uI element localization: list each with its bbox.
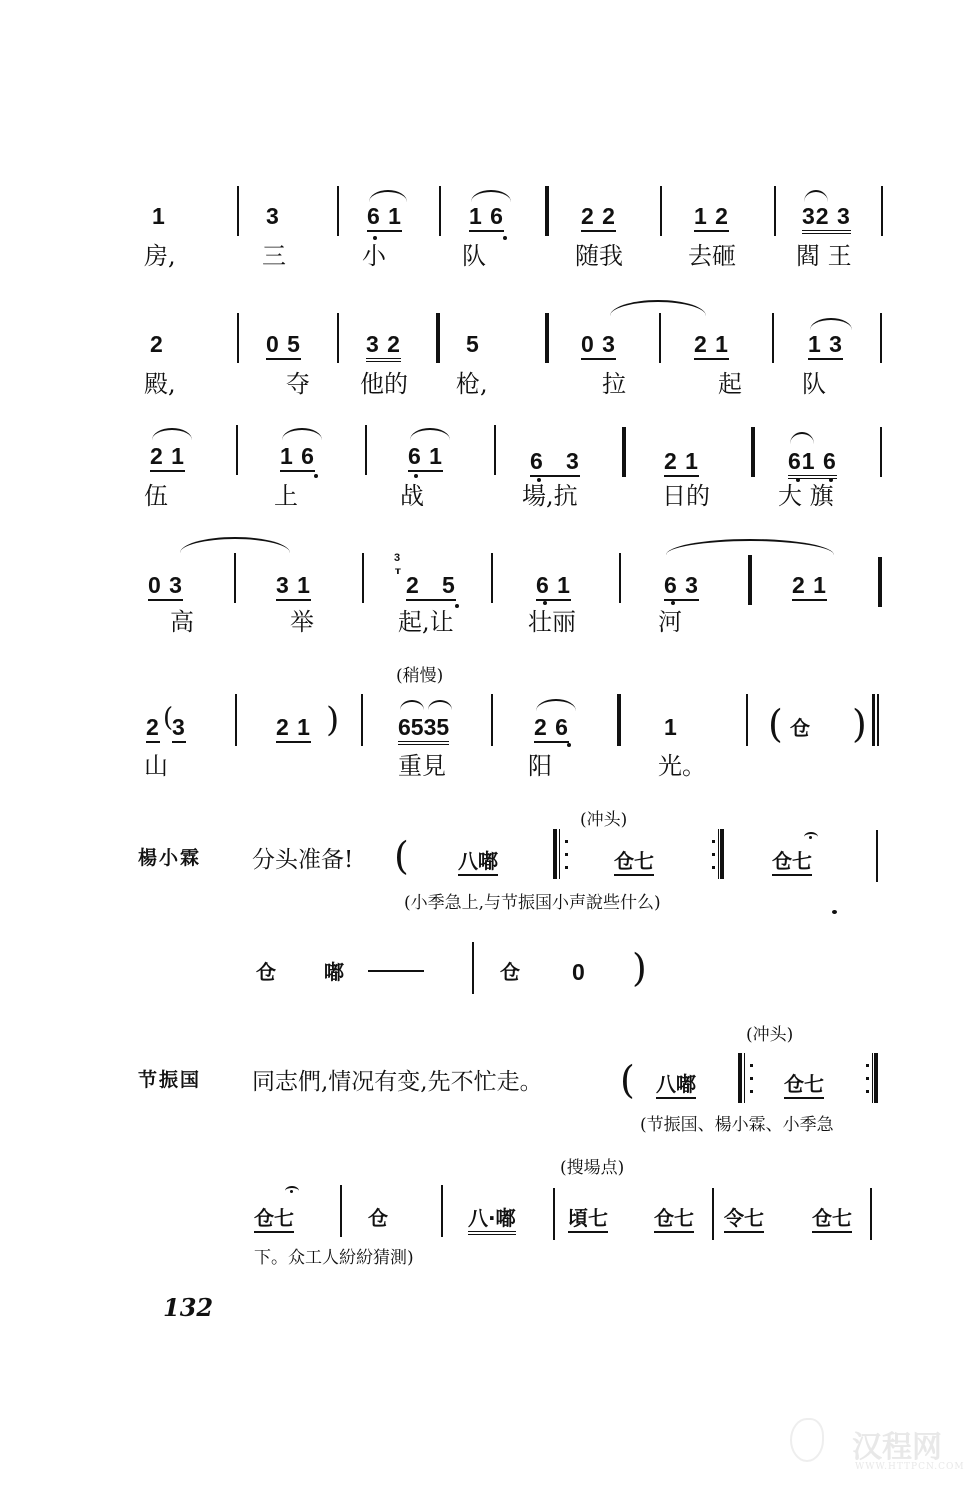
close-paren: ) <box>632 948 647 988</box>
note: 2 1 <box>150 443 185 472</box>
note: 6 1 <box>367 203 402 232</box>
lyric: 小 <box>362 242 386 270</box>
fermata-icon <box>804 832 818 842</box>
lyric: 拉 <box>602 370 626 398</box>
spoken-line: 分头准备! <box>252 841 353 874</box>
stage-direction: 下。众工人紛紛猜測) <box>254 1248 414 1268</box>
percussion-syllable: 嘟 <box>324 960 344 984</box>
note: 5 <box>466 331 480 357</box>
lyric: 場,抗 <box>522 482 578 510</box>
open-paren: ( <box>768 704 783 744</box>
note: 0 3 <box>581 331 616 360</box>
note: 0 3 <box>148 572 183 601</box>
percussion-pattern: 仓七 <box>784 1072 824 1099</box>
grace-mark: ᴛ <box>395 566 401 577</box>
rest: 0 <box>572 959 586 985</box>
barline <box>234 553 236 603</box>
lyric: 随我 <box>575 242 623 270</box>
final-barline <box>872 694 875 746</box>
barline <box>361 694 363 746</box>
lyric: 他的 <box>360 370 408 398</box>
slur <box>666 539 834 555</box>
note: 2 5 <box>406 572 456 601</box>
note: 6 3 <box>530 448 580 477</box>
open-paren: ( <box>620 1060 635 1100</box>
barline <box>235 694 237 746</box>
lyric: 日的 <box>662 482 710 510</box>
barline <box>751 427 755 477</box>
slur <box>369 190 407 202</box>
barline <box>881 186 883 236</box>
percussion-pattern: 仓七 <box>254 1206 294 1233</box>
lyric: 壮丽 <box>528 608 576 636</box>
note: 61 6 <box>788 448 837 479</box>
barline <box>436 313 440 363</box>
repeat-dots <box>565 840 568 879</box>
percussion-syllable: 仓 <box>500 960 520 984</box>
barline <box>472 942 474 994</box>
repeat-dots <box>712 840 715 879</box>
dash-extension <box>368 970 424 972</box>
lyric: 高 <box>170 608 194 636</box>
lyric: 举 <box>290 608 314 636</box>
slur <box>282 428 322 440</box>
final-barline <box>877 694 879 746</box>
percussion-pattern: 仓七 <box>772 849 812 876</box>
percussion-pattern: 仓七 <box>654 1206 694 1233</box>
open-paren: ( <box>394 836 409 876</box>
barline <box>660 186 662 236</box>
low-octave-dot <box>543 601 547 605</box>
note: 1 <box>152 203 166 229</box>
lyric: 夺 <box>286 370 310 398</box>
note: 32 3 <box>802 203 851 234</box>
note: 2 1 <box>276 714 311 743</box>
slur <box>400 700 424 710</box>
percussion-pattern: 仓七 <box>614 849 654 876</box>
note: 2 1 <box>792 572 827 601</box>
lyric: 队 <box>802 370 826 398</box>
low-octave-dot <box>567 743 571 747</box>
barline <box>237 313 239 363</box>
note: 2 1 <box>664 448 699 477</box>
stage-direction: (小季急上,与节振国小声說些什么) <box>404 893 661 913</box>
barline <box>362 553 364 603</box>
low-octave-dot <box>503 236 507 240</box>
percussion-syllable: 仓 <box>790 716 810 740</box>
lyric: 上 <box>274 482 298 510</box>
repeat-dots <box>866 1064 869 1103</box>
lyric: 去砸 <box>688 242 736 270</box>
percussion-pattern: 頃七 <box>568 1206 608 1233</box>
slur <box>180 537 290 553</box>
percussion-label: (冲头) <box>580 810 627 830</box>
lyric: 殿, <box>144 370 176 398</box>
tempo-marking: (稍慢) <box>396 666 443 686</box>
barline <box>439 186 441 236</box>
lyric: 阳 <box>528 752 552 780</box>
note: 2 6 <box>534 714 569 743</box>
percussion-pattern: 仓七 <box>812 1206 852 1233</box>
lyric: 重見 <box>398 752 446 780</box>
note: 3 1 <box>276 572 311 601</box>
barline <box>545 313 549 363</box>
repeat-start-barline <box>738 1053 746 1103</box>
note: 0 5 <box>266 331 301 360</box>
note: 1 <box>664 714 678 740</box>
note: 2 1 <box>694 331 729 360</box>
lyric: 大 旗 <box>778 482 834 510</box>
lyric: 閻 王 <box>796 242 852 270</box>
low-octave-dot <box>314 474 318 478</box>
barline <box>441 1185 443 1237</box>
barline <box>659 313 661 363</box>
lyric: 伍 <box>144 482 168 510</box>
lyric: 队 <box>462 242 486 270</box>
slur <box>471 190 511 202</box>
note: 1 6 <box>469 203 504 232</box>
lyric: 房, <box>144 242 176 270</box>
stage-direction: (节振国、楊小霖、小季急 <box>640 1115 834 1135</box>
note: 2 2 <box>581 203 616 232</box>
note: 1 3 <box>808 331 843 360</box>
percussion-label: (冲头) <box>746 1025 793 1045</box>
barline <box>491 694 493 746</box>
percussion-pattern: 八·嘟 <box>468 1206 516 1235</box>
lyric: 战 <box>400 482 424 510</box>
percussion-pattern: 令七 <box>724 1206 764 1233</box>
barline <box>878 557 882 607</box>
spoken-line: 同志們,情况有变,先不忙走。 <box>252 1063 543 1096</box>
note: 1 6 <box>280 443 315 472</box>
slur <box>804 190 828 202</box>
repeat-end-barline <box>718 829 726 879</box>
barline <box>236 425 238 475</box>
percussion-label: (搜場点) <box>560 1158 624 1178</box>
close-paren: ) <box>852 704 867 744</box>
barline <box>880 427 882 477</box>
barline <box>553 1188 555 1240</box>
lyric: 起,让 <box>398 608 454 636</box>
grace-note: 3 <box>394 552 400 564</box>
barline <box>337 313 339 363</box>
barline <box>545 186 549 236</box>
note: 2 <box>146 714 160 743</box>
note: 3 <box>172 714 186 743</box>
barline <box>617 694 621 746</box>
watermark-logo-icon <box>790 1418 824 1462</box>
low-octave-dot <box>455 604 459 608</box>
barline <box>746 694 748 746</box>
page-number: 132 <box>163 1293 213 1322</box>
close-paren: ) <box>326 700 339 740</box>
barline <box>337 186 339 236</box>
percussion-pattern: 八嘟 <box>656 1072 696 1099</box>
slur <box>790 432 814 444</box>
barline <box>619 553 621 603</box>
barline <box>491 553 493 603</box>
repeat-end-barline <box>872 1053 880 1103</box>
barline <box>748 555 752 605</box>
lyric: 山 <box>144 752 168 780</box>
note: 2 <box>150 331 164 357</box>
note: 6 1 <box>536 572 571 601</box>
lyric: 光。 <box>658 752 706 780</box>
fermata-icon <box>285 1186 299 1196</box>
ink-mark <box>832 910 837 914</box>
note: 6535 <box>398 714 449 745</box>
low-octave-dot <box>671 601 675 605</box>
barline <box>237 186 239 236</box>
barline <box>774 186 776 236</box>
low-octave-dot <box>414 474 418 478</box>
barline <box>365 425 367 475</box>
note: 3 2 <box>366 331 401 362</box>
watermark-title: 汉程网 <box>852 1422 942 1466</box>
barline <box>772 313 774 363</box>
percussion-syllable: 仓 <box>256 960 276 984</box>
slur <box>410 428 450 440</box>
barline <box>340 1185 342 1237</box>
note: 1 2 <box>694 203 729 232</box>
role-name: 节振国 <box>138 1065 201 1092</box>
slur <box>536 699 576 711</box>
low-octave-dot <box>373 236 377 240</box>
note: 6 1 <box>408 443 443 472</box>
slur <box>810 318 852 330</box>
repeat-dots <box>750 1064 753 1103</box>
note: 6 3 <box>664 572 699 601</box>
percussion-pattern: 八嘟 <box>458 849 498 876</box>
barline <box>880 313 882 363</box>
watermark-url: WWW.HTTPCN.COM <box>855 1462 965 1472</box>
percussion-syllable: 仓 <box>368 1206 388 1230</box>
lyric: 河 <box>658 608 682 636</box>
slur <box>428 700 452 710</box>
barline <box>622 427 626 477</box>
lyric: 枪, <box>456 370 488 398</box>
role-name: 楊小霖 <box>138 843 201 870</box>
barline <box>876 830 878 882</box>
lyric: 三 <box>262 242 286 270</box>
note: 3 <box>266 203 280 229</box>
repeat-start-barline <box>553 829 561 879</box>
slur <box>152 428 192 440</box>
barline <box>870 1188 872 1240</box>
barline <box>712 1188 714 1240</box>
slur <box>610 300 706 316</box>
barline <box>494 425 496 475</box>
lyric: 起 <box>718 370 742 398</box>
